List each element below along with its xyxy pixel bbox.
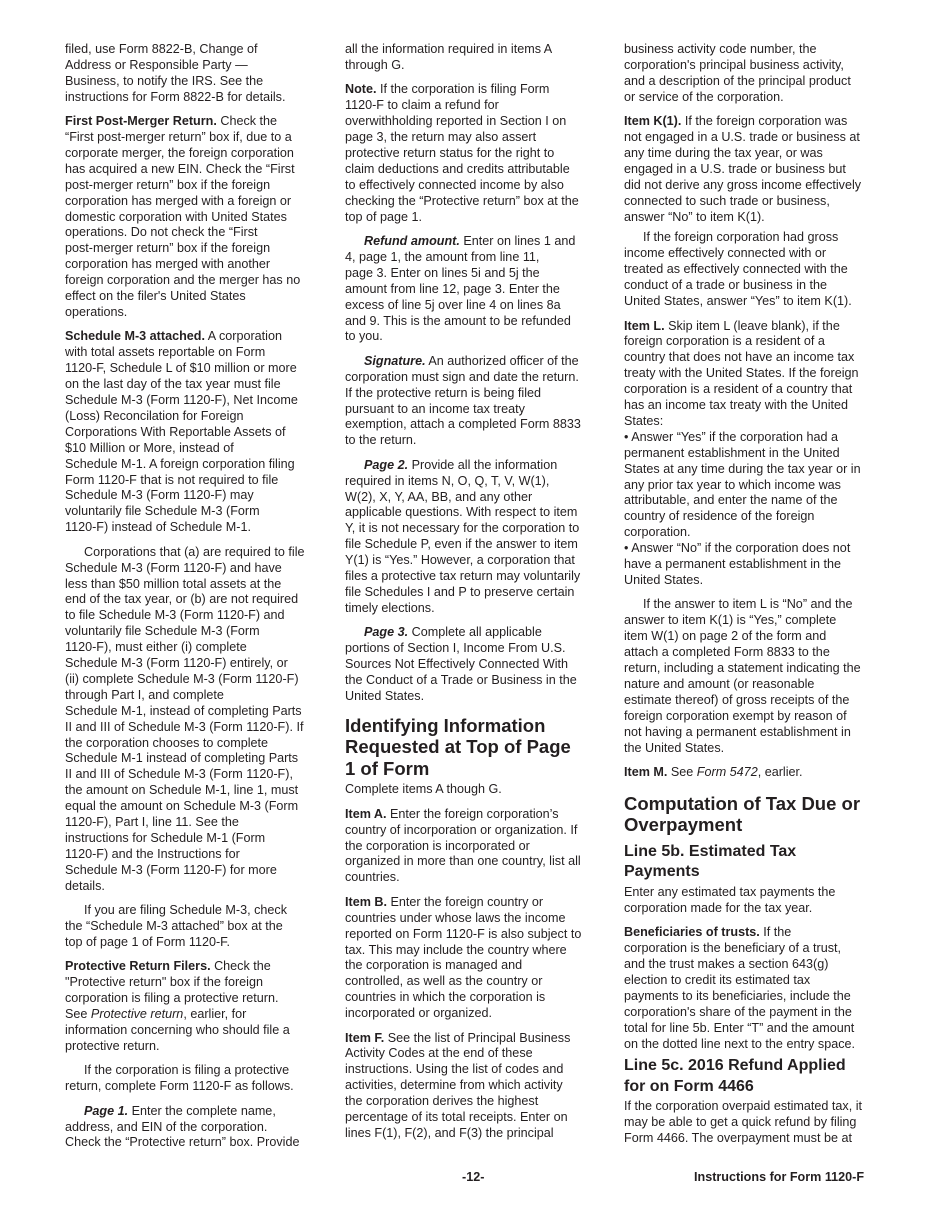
run-in-heading: Item F. [345, 1031, 384, 1045]
paragraph-item-k1-yes: If the foreign corporation had gross inc… [624, 230, 890, 310]
paragraph-refund-amount: Refund amount. Enter on lines 1 and 4, p… [345, 234, 607, 345]
run-in-heading: Item L. [624, 319, 665, 333]
paragraph-item-l: Item L. Skip item L (leave blank), if th… [624, 319, 890, 589]
paragraph-item-f: Item F. See the list of Principal Busine… [345, 1031, 607, 1142]
column-2: all the information required in items A … [345, 42, 607, 1150]
paragraph-item-a: Item A. Enter the foreign corporation’s … [345, 807, 607, 887]
paragraph-schedule-m3-attached: Schedule M-3 attached. A corporation wit… [65, 329, 327, 536]
bullet-item: • Answer “No” if the corporation does no… [624, 541, 890, 557]
paragraph-note: Note. If the corporation is filing Form … [345, 82, 607, 225]
run-in-heading: Note. [345, 82, 376, 96]
run-in-heading: First Post-Merger Return. [65, 114, 217, 128]
section-heading-identifying-information: Identifying Information Requested at Top… [345, 715, 607, 780]
paragraph-form-8822b: filed, use Form 8822-B, Change of Addres… [65, 42, 327, 106]
paragraph-page-3: Page 3. Complete all applicable portions… [345, 625, 607, 705]
paragraph-signature: Signature. An authorized officer of the … [345, 354, 607, 449]
run-in-heading: Page 1. [84, 1104, 128, 1118]
run-in-heading: Item M. [624, 765, 667, 779]
paragraph-complete-items: Complete items A though G. [345, 782, 607, 798]
paragraph-item-l-no: If the answer to item L is “No” and the … [624, 597, 890, 756]
paragraph-form-4466: If the corporation overpaid estimated ta… [624, 1099, 890, 1147]
paragraph-first-post-merger-return: First Post-Merger Return. Check the “Fir… [65, 114, 327, 321]
paragraph-item-k1: Item K(1). If the foreign corporation wa… [624, 114, 890, 225]
run-in-heading: Item K(1). [624, 114, 681, 128]
bullet-item: • Answer “Yes” if the corporation had a [624, 430, 890, 446]
paragraph-page-2: Page 2. Provide all the information requ… [345, 458, 607, 617]
run-in-heading: Signature. [364, 354, 426, 368]
paragraph-estimated-tax-payments: Enter any estimated tax payments the cor… [624, 885, 890, 917]
page-number: -12- [462, 1170, 484, 1184]
run-in-heading: Page 3. [364, 625, 408, 639]
subheading-line-5c: Line 5c. 2016 Refund Applied for on Form… [624, 1056, 890, 1097]
cross-reference: Protective return [91, 1007, 183, 1021]
run-in-heading: Protective Return Filers. [65, 959, 211, 973]
paragraph-protective-return-filers: Protective Return Filers. Check the "Pro… [65, 959, 327, 1054]
paragraph-beneficiaries-of-trusts: Beneficiaries of trusts. If the corporat… [624, 925, 890, 1052]
run-in-heading: Beneficiaries of trusts. [624, 925, 760, 939]
paragraph-continued: all the information required in items A … [345, 42, 607, 74]
paragraph-m3-check-box: If you are filing Schedule M-3, check th… [65, 903, 327, 951]
column-1: filed, use Form 8822-B, Change of Addres… [65, 42, 327, 1160]
run-in-heading: Item A. [345, 807, 387, 821]
column-3: business activity code number, the corpo… [624, 42, 890, 1156]
paragraph-protective-return-steps: If the corporation is filing a protectiv… [65, 1063, 327, 1095]
run-in-heading: Refund amount. [364, 234, 460, 248]
paragraph-m3-requirements: Corporations that (a) are required to fi… [65, 545, 327, 895]
paragraph-page-1: Page 1. Enter the complete name, address… [65, 1104, 327, 1152]
section-heading-computation-of-tax: Computation of Tax Due or Overpayment [624, 793, 890, 836]
subheading-line-5b: Line 5b. Estimated Tax Payments [624, 842, 890, 883]
paragraph-item-b: Item B. Enter the foreign country or cou… [345, 895, 607, 1022]
footer-document-title: Instructions for Form 1120-F [694, 1170, 864, 1184]
cross-reference: Form 5472 [697, 765, 758, 779]
run-in-heading: Page 2. [364, 458, 408, 472]
paragraph-continued: business activity code number, the corpo… [624, 42, 890, 106]
run-in-heading: Schedule M-3 attached. [65, 329, 205, 343]
paragraph-item-m: Item M. See Form 5472, earlier. [624, 765, 890, 781]
run-in-heading: Item B. [345, 895, 387, 909]
